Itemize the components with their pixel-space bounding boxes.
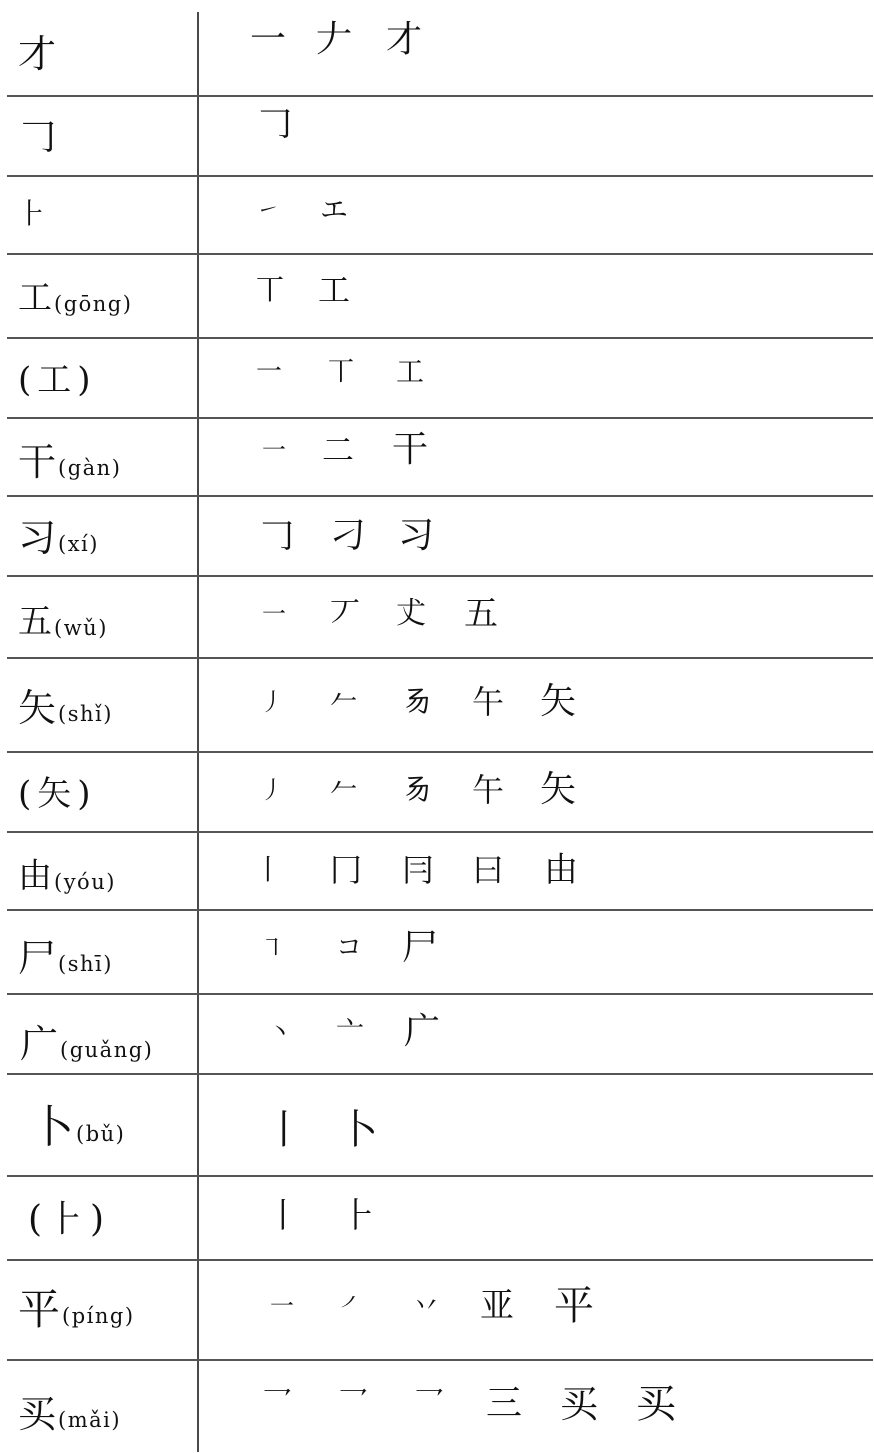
stroke-step: 𠂇 <box>316 18 366 62</box>
stroke-order-table: 才 一 𠂇 才 𠃌 𠃌 ⺊ ㇀ エ 工 (gōng) <box>0 0 874 1453</box>
table-row: 矢 (shǐ) 丿 𠂉 𠃓 午 矢 <box>0 658 874 751</box>
stroke-step: 丨 <box>264 1108 314 1152</box>
stroke-step: 尸 <box>402 926 452 970</box>
table-row: 𠃌 𠃌 <box>0 96 874 175</box>
table-row: 平 (píng) 一 ㇒ 丷 亚 平 <box>0 1260 874 1359</box>
stroke-step: 丶 <box>268 1010 318 1054</box>
character-cell: 卜 (bǔ) <box>30 1108 208 1148</box>
stroke-step: 𠃌 <box>258 514 308 558</box>
pinyin: (gōng) <box>54 292 132 316</box>
pinyin: (xí) <box>58 532 99 556</box>
character-cell: (矢) <box>18 774 196 814</box>
stroke-step: 𠀋 <box>396 592 446 636</box>
character-cell: ⺊ <box>18 194 196 234</box>
stroke-step: 丆 <box>330 592 380 636</box>
pinyin: (píng) <box>62 1304 135 1328</box>
stroke-step: 午 <box>472 768 522 812</box>
stroke-step: ㇕ <box>260 926 310 970</box>
stroke-step: 工 <box>318 268 368 312</box>
stroke-step: 𠃓 <box>402 680 452 724</box>
stroke-step: 丿 <box>260 680 310 724</box>
stroke-step: 𠃓 <box>402 768 452 812</box>
character-cell: 广 (guǎng) <box>20 1024 198 1064</box>
stroke-step: ㇀ <box>256 188 306 232</box>
stroke-step: 矢 <box>540 680 590 724</box>
pinyin: (wǔ) <box>54 616 108 640</box>
character: 习 <box>18 518 56 558</box>
character-cell: 习 (xí) <box>18 518 196 558</box>
character-cell: 买 (mǎi) <box>18 1394 196 1434</box>
stroke-step: 丅 <box>328 350 378 394</box>
stroke-step: ⺊ <box>342 1194 392 1238</box>
table-row: 由 (yóu) 丨 冂 冃 曰 由 <box>0 832 874 909</box>
stroke-step: 丅 <box>256 268 306 312</box>
stroke-step: 一 <box>262 592 312 636</box>
character-cell: 𠃌 <box>18 116 196 156</box>
pinyin: (guǎng) <box>60 1038 153 1062</box>
stroke-step: 丨 <box>266 1194 316 1238</box>
character: 五 <box>18 602 52 642</box>
pinyin: (bǔ) <box>76 1122 125 1146</box>
stroke-step: 习 <box>398 514 448 558</box>
pinyin: (shǐ) <box>58 702 113 726</box>
stroke-step: 𠂉 <box>330 768 380 812</box>
character: 矢 <box>18 688 56 728</box>
stroke-step: 亚 <box>480 1284 530 1328</box>
stroke-step: 乛 <box>414 1382 464 1426</box>
character-cell: 矢 (shǐ) <box>18 688 196 728</box>
table-row: (矢) 丿 𠂉 𠃓 午 矢 <box>0 752 874 831</box>
character: 由 <box>18 856 52 896</box>
stroke-step: 卜 <box>338 1108 388 1152</box>
table-row: 才 一 𠂇 才 <box>0 12 874 95</box>
character: (矢) <box>18 774 97 814</box>
character: 平 <box>18 1290 60 1330</box>
character: 买 <box>18 1394 56 1434</box>
stroke-step: 丷 <box>412 1284 462 1328</box>
stroke-step: 平 <box>554 1284 604 1328</box>
stroke-step: 一 <box>250 18 300 62</box>
character: 广 <box>20 1024 58 1064</box>
table-row: 广 (guǎng) 丶 亠 广 <box>0 994 874 1073</box>
table-row: 习 (xí) 𠃌 刁 习 <box>0 496 874 575</box>
character-cell: 五 (wǔ) <box>18 602 196 642</box>
table-row: 五 (wǔ) 一 丆 𠀋 五 <box>0 576 874 657</box>
character: (工) <box>18 360 97 400</box>
stroke-step: 冃 <box>402 848 452 892</box>
pinyin: (gàn) <box>58 456 121 480</box>
stroke-step: 亠 <box>336 1010 386 1054</box>
table-row: ⺊ ㇀ エ <box>0 176 874 253</box>
character-cell: 平 (píng) <box>18 1290 196 1330</box>
stroke-step: 一 <box>256 350 306 394</box>
character: 工 <box>18 278 52 318</box>
stroke-step: 午 <box>472 680 522 724</box>
stroke-step: 曰 <box>472 848 522 892</box>
stroke-step: 广 <box>404 1010 454 1054</box>
stroke-step: 买 <box>560 1382 610 1426</box>
table-row: 工 (gōng) 丅 工 <box>0 254 874 337</box>
stroke-step: エ <box>320 188 370 232</box>
stroke-step: 丨 <box>254 848 304 892</box>
pinyin: (yóu) <box>54 870 116 894</box>
character: (⺊) <box>28 1200 110 1240</box>
pinyin: (mǎi) <box>58 1408 121 1432</box>
stroke-step: ㇒ <box>340 1284 390 1328</box>
stroke-step: 丿 <box>260 768 310 812</box>
table-row: (工) 一 丅 工 <box>0 338 874 417</box>
character: 干 <box>18 442 56 482</box>
character: 卜 <box>30 1108 74 1148</box>
character: ⺊ <box>18 194 46 234</box>
stroke-step: 一 <box>270 1284 320 1328</box>
table-row: (⺊) 丨 ⺊ <box>0 1176 874 1259</box>
stroke-step: 二 <box>322 428 372 472</box>
stroke-step: 刁 <box>330 514 380 558</box>
stroke-step: 干 <box>392 428 442 472</box>
stroke-step: 矢 <box>540 768 590 812</box>
character-cell: 由 (yóu) <box>18 856 196 896</box>
stroke-step: 工 <box>396 350 446 394</box>
table-row: 卜 (bǔ) 丨 卜 <box>0 1074 874 1175</box>
character-cell: 才 <box>18 34 196 74</box>
character: 𠃌 <box>18 116 56 156</box>
character-cell: 干 (gàn) <box>18 442 196 482</box>
stroke-step: 由 <box>544 848 594 892</box>
stroke-step: 三 <box>486 1382 536 1426</box>
stroke-step: 𠂉 <box>330 680 380 724</box>
stroke-step: 冂 <box>330 848 380 892</box>
character-cell: (⺊) <box>28 1200 206 1240</box>
table-row: 买 (mǎi) 乛 乛 乛 三 买 买 <box>0 1360 874 1453</box>
stroke-step: 一 <box>262 428 312 472</box>
table-row: 尸 (shī) ㇕ コ 尸 <box>0 910 874 993</box>
stroke-step: 𠃌 <box>256 102 306 146</box>
character-cell: 工 (gōng) <box>18 278 196 318</box>
pinyin: (shī) <box>58 952 113 976</box>
stroke-step: 买 <box>636 1382 686 1426</box>
stroke-step: 才 <box>386 18 436 62</box>
character: 尸 <box>18 938 56 978</box>
stroke-step: 乛 <box>262 1382 312 1426</box>
character-cell: (工) <box>18 360 196 400</box>
stroke-step: 乛 <box>338 1382 388 1426</box>
stroke-step: コ <box>336 926 386 970</box>
table-row: 干 (gàn) 一 二 干 <box>0 418 874 495</box>
character: 才 <box>18 34 56 74</box>
character-cell: 尸 (shī) <box>18 938 196 978</box>
stroke-step: 五 <box>464 592 514 636</box>
